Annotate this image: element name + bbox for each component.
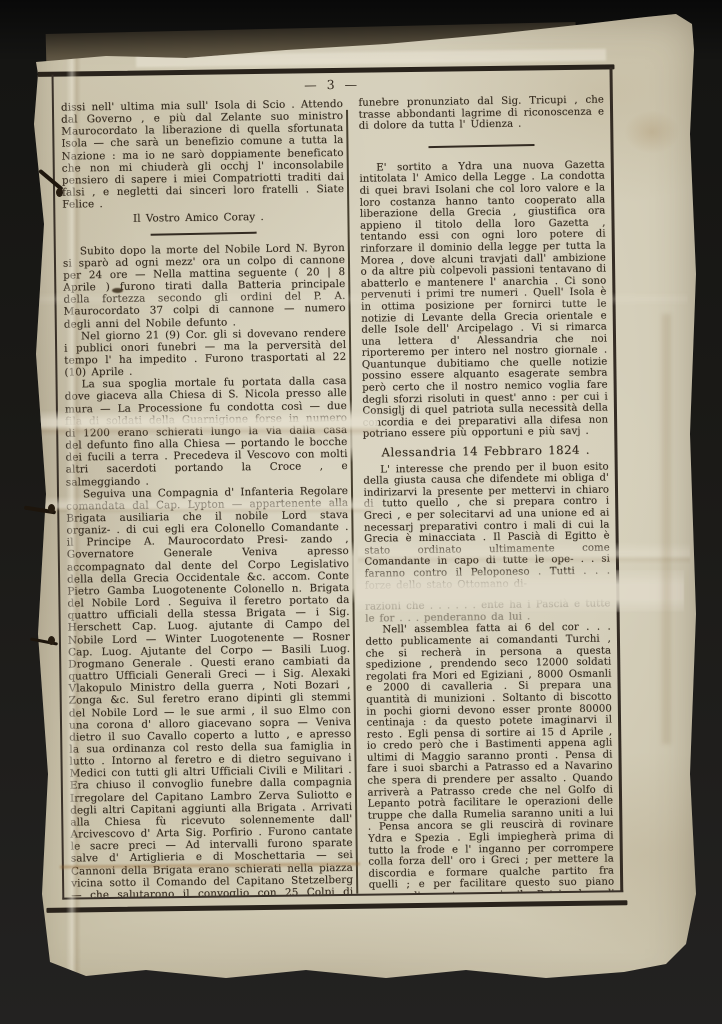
paragraph: dissi nell' ultima mia sull' Isola di Sc… <box>61 98 344 211</box>
printed-frame: dissi nell' ultima mia sull' Isola di Sc… <box>52 67 624 899</box>
stitch-knot <box>56 188 63 197</box>
signature-line: Il Vostro Amico Coray . <box>62 210 344 226</box>
dateline-heading: Alessandria 14 Febbraro 1824 . <box>363 444 609 459</box>
edge-stain <box>662 314 671 744</box>
photo-background: — 3 — dissi nell' ultima mia sull' Isola… <box>0 0 722 1024</box>
paragraph: L' interesse che prendo per il buon esit… <box>363 461 610 592</box>
stitch-knot <box>48 504 55 513</box>
paragraph: La sua spoglia mortale fu portata dalla … <box>65 375 348 488</box>
paragraph: razioni che . . . . . . ente ha i Pascià… <box>365 599 611 625</box>
separator-rule <box>151 231 257 235</box>
paragraph: Subito dopo la morte del Nobile Lord N. … <box>63 241 346 330</box>
paragraph: Seguiva una Compagnia d' Infanteria Rego… <box>66 485 354 900</box>
column-right: funebre pronunziato dal Sig. Tricupi , c… <box>347 94 620 893</box>
binding-stitch <box>28 634 68 660</box>
separator-rule <box>429 144 535 148</box>
printed-area: — 3 — dissi nell' ultima mia sull' Isola… <box>51 64 623 917</box>
binding-stitch <box>30 168 70 208</box>
paragraph: Nell' assemblea fatta ai 6 del cor . . .… <box>365 622 615 900</box>
paragraph: Nel giorno 21 (9) Cor. gli si dovevano r… <box>64 327 347 379</box>
bottom-border-rule <box>46 900 627 913</box>
binding-stitch <box>24 498 64 528</box>
column-left: dissi nell' ultima mia sull' Isola di Sc… <box>54 98 356 898</box>
paragraph: funebre pronunziato dal Sig. Tricupi , c… <box>358 94 604 132</box>
stain-blotch <box>624 110 680 154</box>
stitch-knot <box>48 636 55 645</box>
paper-sheet: — 3 — dissi nell' ultima mia sull' Isola… <box>26 14 700 1004</box>
paragraph: E' sortito a Ydra una nuova Gazetta inti… <box>359 159 608 440</box>
